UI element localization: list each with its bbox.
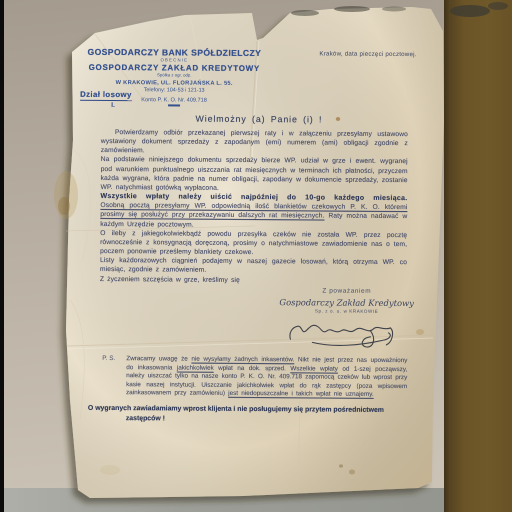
department-label: Dział losowy	[80, 90, 132, 101]
paragraph-2: Na podstawie niniejszego dokumentu sprze…	[100, 155, 407, 194]
ps-seg-5: Wszelkie wpłaty	[290, 365, 338, 372]
company-type: Spółka z ogr. odp.	[80, 73, 268, 79]
ps-seg-1: nie wysyłamy żadnych inkasentów.	[191, 356, 294, 364]
company-address: W KRAKOWIE, UL. FLORJAŃSKA L. 55.	[80, 79, 268, 86]
letter-body: Potwierdzamy odbiór przekazanej pierwsze…	[100, 128, 408, 286]
closing-block: Z poważaniem Gospodarczy Zakład Kredytow…	[276, 287, 416, 359]
ps-seg-0: Zwracamy uwagę że	[126, 355, 191, 362]
ps-seg-4: wpłat na dok. sprzed.	[214, 364, 291, 372]
final-note: O wygranych zawiadamiamy wprost klijenta…	[88, 404, 406, 425]
paragraph-1: Potwierdzamy odbiór przekazanej pierwsze…	[101, 128, 408, 158]
photo-of-old-letter: GOSPODARCZY BANK SPÓŁDZIELCZY OBECNIE GO…	[0, 0, 512, 512]
letter-content: GOSPODARCZY BANK SPÓŁDZIELCZY OBECNIE GO…	[0, 0, 512, 512]
department-number: I.	[80, 102, 146, 109]
signature-handwriting-icon	[282, 313, 410, 354]
salutation: Wielmożny (a) Panie (i) !	[144, 113, 374, 125]
ps-label: P. S.	[102, 355, 115, 362]
closing-company-name: Gospodarczy Zakład Kredytowy	[277, 297, 417, 308]
paragraph-4: Osobną pocztą przesyłamy WP. odpowiednią…	[100, 201, 407, 231]
signature-area	[276, 313, 416, 359]
paragraph-5: O ileby z jakiegokolwiekbądź powodu prze…	[100, 229, 407, 259]
ps-seg-3: jakichkolwiek	[177, 364, 214, 371]
closing-regards: Z poważaniem	[277, 287, 417, 295]
date-line: Kraków, data pieczęci pocztowej.	[319, 50, 416, 58]
paragraph-6: Listy każdorazowych ciągnień podajemy w …	[100, 256, 407, 276]
ps-paragraph: Zwracamy uwagę że nie wysyłamy żadnych i…	[126, 355, 407, 399]
letterhead-rule	[168, 105, 180, 107]
paragraph-7: Z życzeniem szczęścia w grze, kreślimy s…	[100, 274, 407, 285]
ps-seg-7: jest niedopuszczalne i takich wpłat nie …	[228, 390, 373, 398]
